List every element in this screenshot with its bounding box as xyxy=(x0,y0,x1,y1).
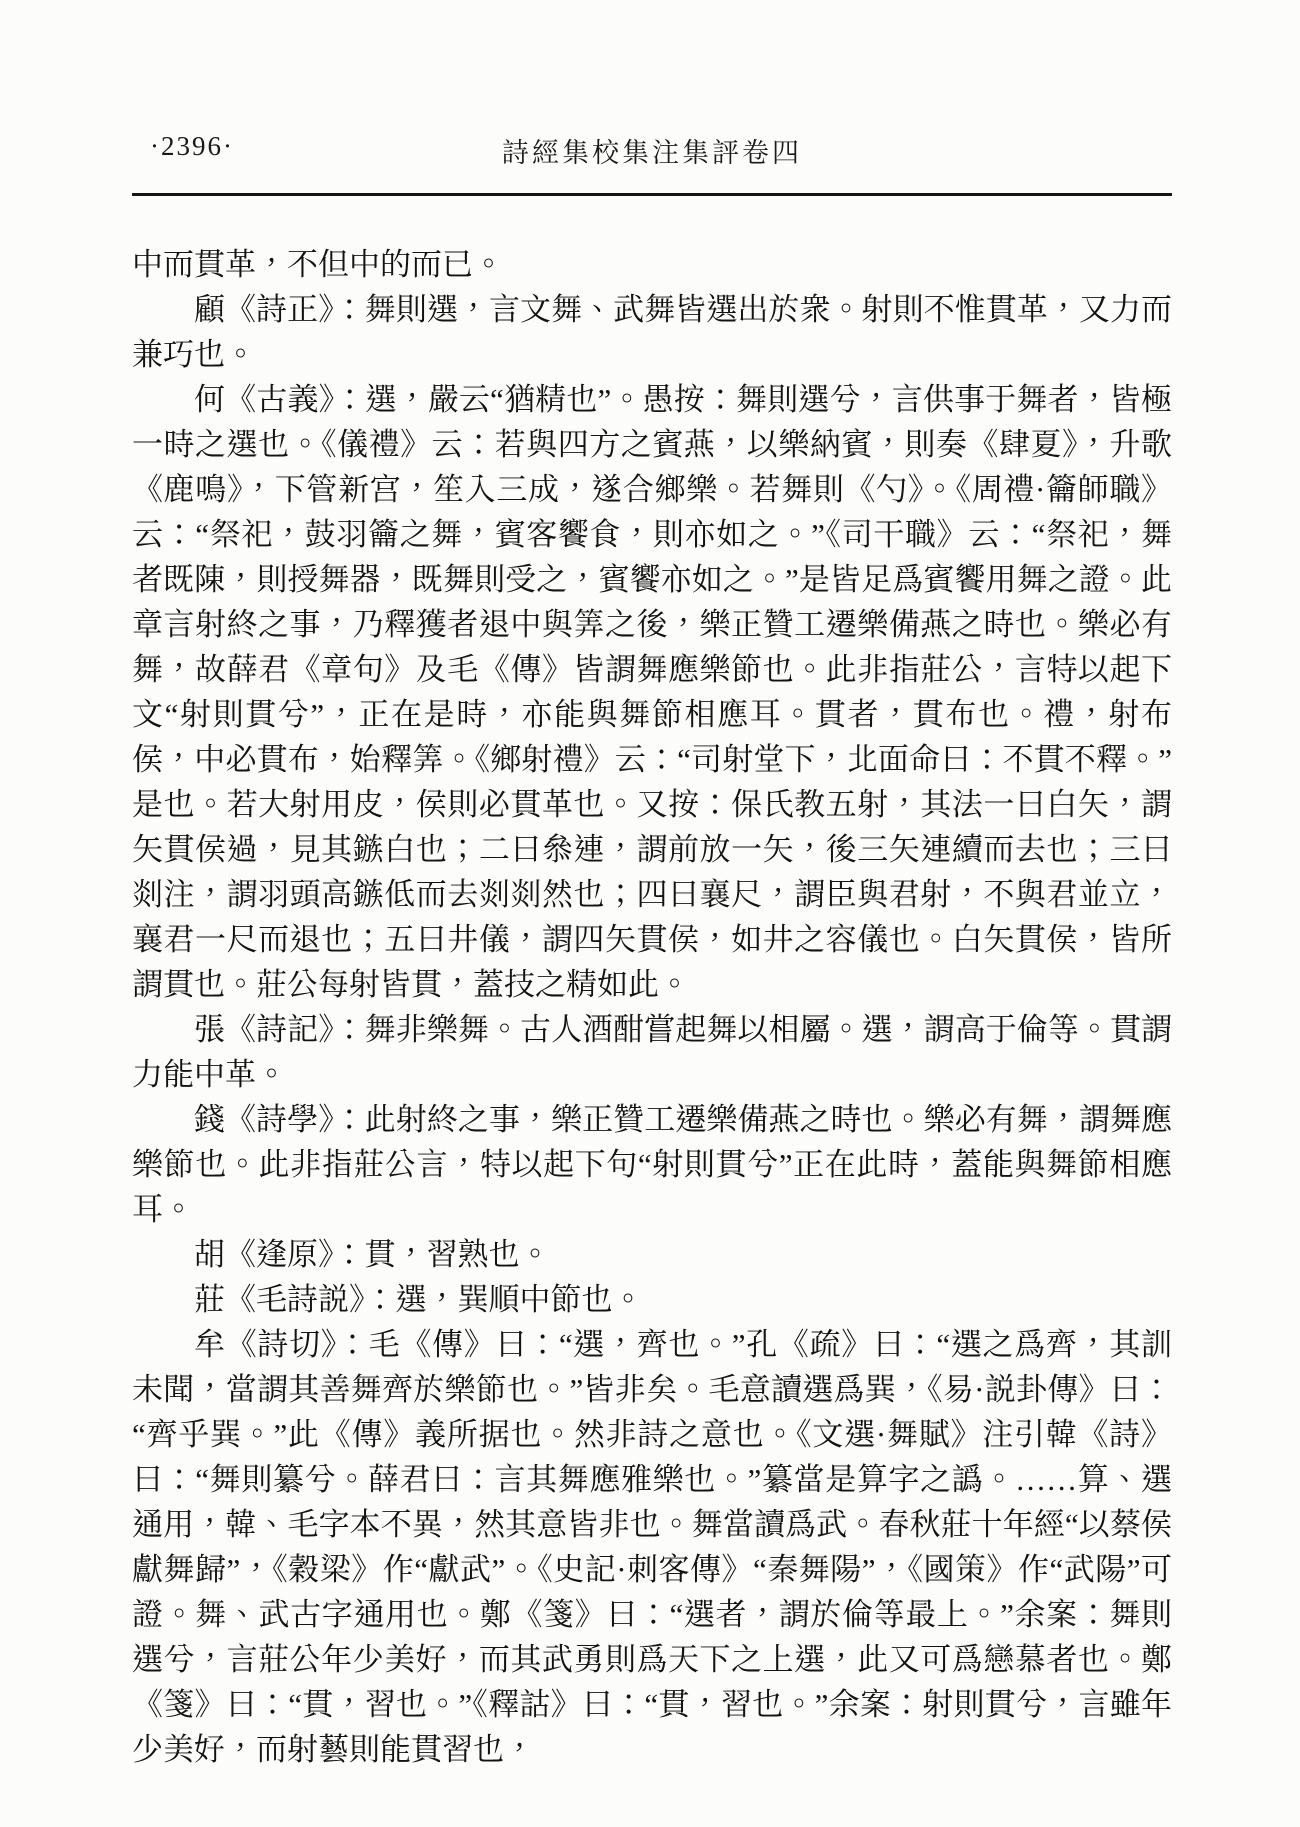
commentary-paragraph-zhuang-maoshishuo: 莊《毛詩説》：選，巽順中節也。 xyxy=(132,1277,1172,1322)
commentary-paragraph-qian-shixue: 錢《詩學》：此射終之事，樂正贊工遷樂備燕之時也。樂必有舞，謂舞應樂節也。此非指莊… xyxy=(132,1097,1172,1232)
commentary-paragraph-mou-shiqie: 牟《詩切》：毛《傳》曰：“選，齊也。”孔《疏》曰：“選之爲齊，其訓未聞，當謂其善… xyxy=(132,1322,1172,1772)
commentary-paragraph-hu-fengyuan: 胡《逢原》：貫，習熟也。 xyxy=(132,1232,1172,1277)
header-rule xyxy=(132,193,1172,196)
scanned-book-page: ·2396· 詩經集校集注集評卷四 中而貫革，不但中的而已。 顧《詩正》：舞則選… xyxy=(0,0,1300,1827)
commentary-paragraph-gu-shizheng: 顧《詩正》：舞則選，言文舞、武舞皆選出於衆。射則不惟貫革，又力而兼巧也。 xyxy=(132,287,1172,377)
commentary-paragraph-zhang-shiji: 張《詩記》：舞非樂舞。古人酒酣嘗起舞以相屬。選，謂高于倫等。貫謂力能中革。 xyxy=(132,1007,1172,1097)
running-title: 詩經集校集注集評卷四 xyxy=(132,131,1172,170)
text-body: 中而貫革，不但中的而已。 顧《詩正》：舞則選，言文舞、武舞皆選出於衆。射則不惟貫… xyxy=(132,242,1172,1772)
commentary-paragraph-he-guyi: 何《古義》：選，嚴云“猶精也”。愚按：舞則選兮，言供事于舞者，皆極一時之選也。《… xyxy=(132,377,1172,1007)
page-content: ·2396· 詩經集校集注集評卷四 中而貫革，不但中的而已。 顧《詩正》：舞則選… xyxy=(132,0,1172,1772)
paragraph-continuation: 中而貫革，不但中的而已。 xyxy=(132,242,1172,287)
page-header: ·2396· 詩經集校集注集評卷四 xyxy=(132,131,1172,167)
